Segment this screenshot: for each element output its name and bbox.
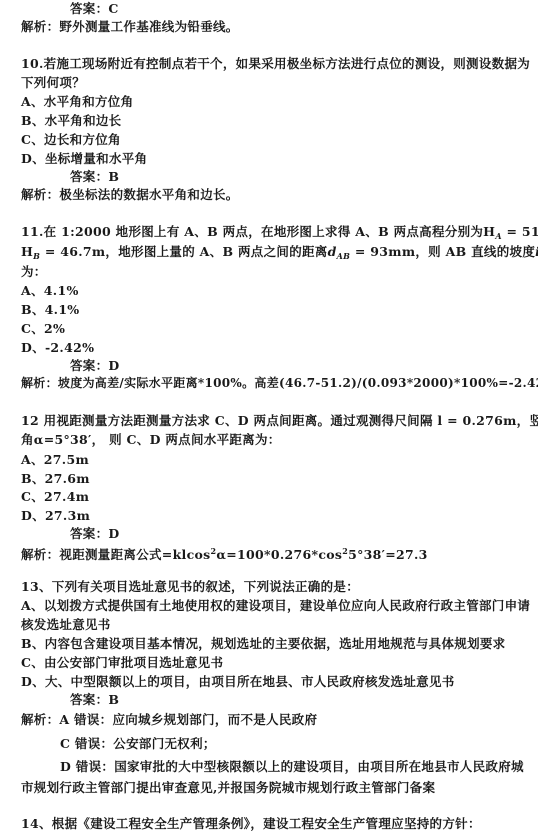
q12-question-line1: 12 用视距测量方法距测量方法求 C、D 两点间距离。通过观测得尺间隔 l = … <box>21 412 538 429</box>
q11-question-line3: 为： <box>21 263 47 280</box>
q11-sub-ab: AB <box>337 251 351 261</box>
q11-option-d: D、-2.42% <box>21 339 94 356</box>
q10-answer: 答案：B <box>70 168 119 185</box>
q9-explanation: 解析：野外测量工作基准线为铅垂线。 <box>21 18 239 35</box>
q12-option-a: A、27.5m <box>21 451 89 468</box>
q13-answer: 答案：B <box>70 691 119 708</box>
q11-question-line2: HB = 46.7m，地形图上量的 A、B 两点之间的距离dAB = 93mm，… <box>21 243 538 265</box>
q10-option-d: D、坐标增量和水平角 <box>21 150 147 167</box>
q12-option-d: D、27.3m <box>21 507 90 524</box>
q11-d-symbol: d <box>328 244 337 259</box>
q13-question: 13、下列有关项目选址意见书的叙述，下列说法正确的是： <box>21 578 359 595</box>
q13-option-a-line1: A、以划拨方式提供国有土地使用权的建设项目，建设单位应向人民政府行政主管部门申请 <box>21 597 530 614</box>
q11-answer: 答案：D <box>70 357 120 374</box>
q13-option-c: C、由公安部门审批项目选址意见书 <box>21 654 223 671</box>
q10-option-c: C、边长和方位角 <box>21 131 121 148</box>
q13-explanation-a: 解析：A 错误：应向城乡规划部门，而不是人民政府 <box>21 711 317 728</box>
q12-text: 5°38′=27.3 <box>348 547 428 562</box>
q10-option-a: A、水平角和方位角 <box>21 93 133 110</box>
document-page: 答案：C 解析：野外测量工作基准线为铅垂线。 10.若施工现场附近有控制点若干个… <box>0 0 538 838</box>
q11-option-b: B、4.1% <box>21 301 80 318</box>
q13-explanation-d-line1: D 错误：国家审批的大中型核限额以上的建设项目，由项目所在地县市人民政府城 <box>60 758 524 775</box>
q12-explanation: 解析：视距测量距离公式=klcos2α=100*0.276*cos25°38′=… <box>21 543 428 563</box>
q13-option-d: D、大、中型限额以上的项目，由项目所在地县、市人民政府核发选址意见书 <box>21 673 455 690</box>
q11-explanation: 解析：坡度为高差/实际水平距离*100%。高差(46.7-51.2)/(0.09… <box>21 375 538 392</box>
q11-text: 11.在 1:2000 地形图上有 A、B 两点，在地形图上求得 A、B 两点高… <box>21 224 495 239</box>
q12-text: α=100*0.276*cos <box>216 547 342 562</box>
q10-question-line1: 10.若施工现场附近有控制点若干个，如果采用极坐标方法进行点位的测设，则测设数据… <box>21 55 530 72</box>
q14-question: 14、根据《建设工程安全生产管理条例》，建设工程安全生产管理应坚持的方针： <box>21 815 481 832</box>
q13-explanation-d-line2: 市规划行政主管部门提出审查意见,并报国务院城市规划行政主管部门备案 <box>21 779 435 796</box>
q11-text: = 93mm，则 AB 直线的坡度 <box>350 244 535 259</box>
q11-question-line1: 11.在 1:2000 地形图上有 A、B 两点，在地形图上求得 A、B 两点高… <box>21 223 538 245</box>
q11-text: = 46.7m，地形图上量的 A、B 两点之间的距离 <box>40 244 327 259</box>
q10-question-line2: 下列何项？ <box>21 74 85 91</box>
q11-option-c: C、2% <box>21 320 65 337</box>
q12-answer: 答案：D <box>70 525 120 542</box>
q13-option-b: B、内容包含建设项目基本情况，规划选址的主要依据，选址用地规范与具体规划要求 <box>21 635 505 652</box>
q10-option-b: B、水平角和边长 <box>21 112 121 129</box>
q11-option-a: A、4.1% <box>21 282 79 299</box>
q9-answer: 答案：C <box>70 0 119 17</box>
q10-explanation: 解析：极坐标法的数据水平角和边长。 <box>21 186 239 203</box>
q11-text: = 51.2m、 <box>502 224 538 239</box>
q12-question-line2: 角α=5°38′， 则 C、D 两点间水平距离为： <box>21 431 281 448</box>
q12-option-b: B、27.6m <box>21 470 90 487</box>
q13-option-a-line2: 核发选址意见书 <box>21 616 111 633</box>
q12-text: 解析：视距测量距离公式=klcos <box>21 547 210 562</box>
q12-option-c: C、27.4m <box>21 488 89 505</box>
q13-explanation-c: C 错误：公安部门无权利； <box>60 735 216 752</box>
q11-text: H <box>21 244 33 259</box>
